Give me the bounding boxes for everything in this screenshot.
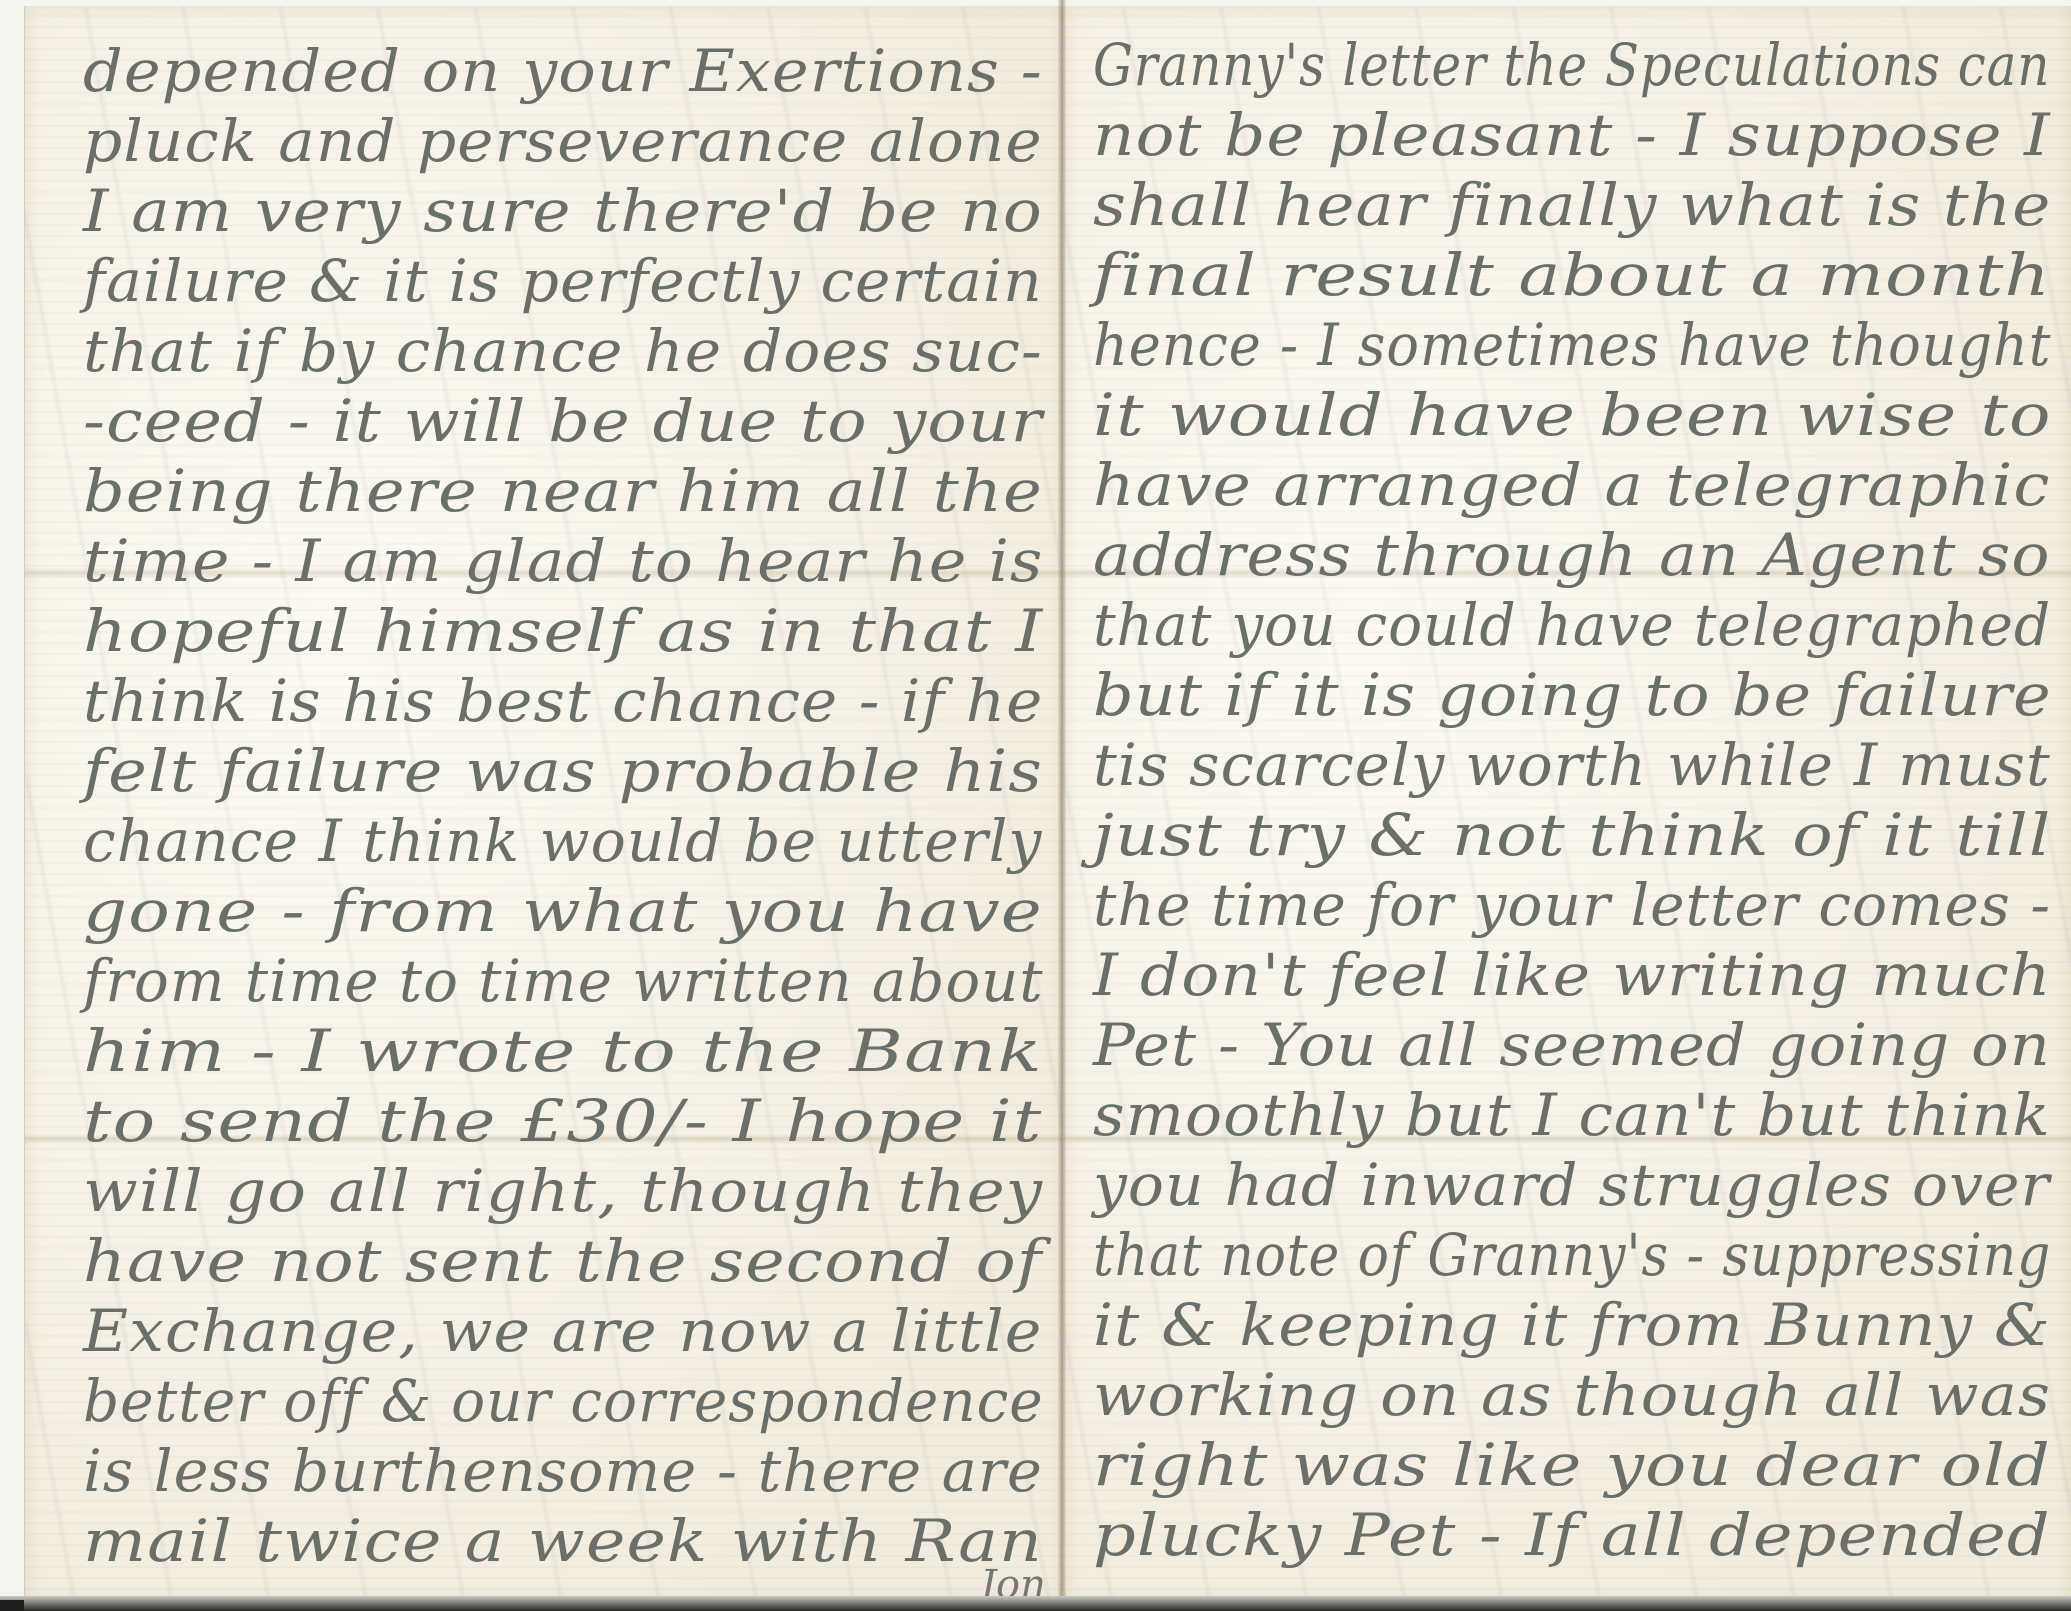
handwritten-line: tis scarcely worth while I must (1093, 736, 2051, 794)
handwritten-line: hopeful himself as in that I (83, 602, 1043, 660)
handwritten-line: shall hear finally what is the (1093, 176, 2051, 234)
handwritten-line: have arranged a telegraphic (1093, 456, 2051, 514)
scanner-corner-shadow (0, 1600, 24, 1611)
handwritten-line: better off & our correspondence (83, 1372, 1044, 1430)
handwritten-line: it would have been wise to (1093, 386, 2052, 444)
handwritten-line: pluck and perseverance alone (83, 112, 1043, 170)
scanner-bottom-edge (0, 1596, 2071, 1611)
handwritten-line: think is his best chance - if he (83, 672, 1043, 730)
handwritten-line: final result about a month (1093, 246, 2051, 304)
handwritten-line: felt failure was probable his (83, 742, 1043, 800)
scanned-letter: depended on your Exertions - pluck and p… (0, 0, 2071, 1611)
handwritten-line: time - I am glad to hear he is (83, 532, 1043, 590)
handwritten-line: Exchange, we are now a little (83, 1302, 1042, 1360)
handwritten-line: the time for your letter comes - (1093, 876, 2051, 934)
handwritten-line: being there near him all the (83, 462, 1043, 520)
handwritten-line: is less burthensome - there are (83, 1442, 1043, 1500)
handwritten-line: from time to time written about (83, 952, 1044, 1010)
handwritten-line: him - I wrote to the Bank (83, 1022, 1043, 1080)
handwritten-line: that you could have telegraphed (1093, 596, 2051, 654)
handwritten-line: that note of Granny's - suppressing (1093, 1226, 2051, 1284)
letter-page-right: Granny's letter the Speculations can not… (1063, 6, 2071, 1601)
center-fold-crease (1058, 0, 1066, 1611)
handwritten-line: plucky Pet - If all depended (1093, 1506, 2051, 1564)
handwritten-line: smoothly but I can't but think (1093, 1086, 2051, 1144)
handwritten-line: depended on your Exertions - (83, 42, 1043, 100)
handwritten-line: hence - I sometimes have thought (1093, 316, 2051, 374)
handwritten-line: I am very sure there'd be no (83, 182, 1043, 240)
handwritten-line: that if by chance he does suc- (83, 322, 1043, 380)
handwritten-line: will go all right, though they (83, 1162, 1043, 1220)
handwritten-line: right was like you dear old (1093, 1436, 2051, 1494)
handwritten-line: not be pleasant - I suppose I (1093, 106, 2051, 164)
handwritten-line: mail twice a week with Ran (83, 1512, 1043, 1570)
handwritten-line: gone - from what you have (83, 882, 1043, 940)
handwritten-line: to send the £30/- I hope it (83, 1092, 1042, 1150)
handwritten-line: but if it is going to be failure (1093, 666, 2052, 724)
handwritten-line: working on as though all was (1093, 1366, 2051, 1424)
handwritten-line: Pet - You all seemed going on (1093, 1016, 2051, 1074)
handwritten-line: just try & not think of it till (1093, 806, 2051, 864)
handwritten-line: failure & it is perfectly certain (83, 252, 1043, 310)
handwritten-line: Granny's letter the Speculations can (1093, 36, 2050, 94)
handwritten-line: it & keeping it from Bunny & (1093, 1296, 2051, 1354)
handwritten-line: address through an Agent so (1093, 526, 2051, 584)
handwritten-line: chance I think would be utterly (83, 812, 1042, 870)
handwritten-line: I don't feel like writing much (1093, 946, 2052, 1004)
handwritten-line: have not sent the second of (83, 1232, 1043, 1290)
letter-page-left: depended on your Exertions - pluck and p… (24, 6, 1063, 1601)
handwritten-line: you had inward struggles over (1093, 1156, 2050, 1214)
handwritten-line: -ceed - it will be due to your (83, 392, 1043, 450)
